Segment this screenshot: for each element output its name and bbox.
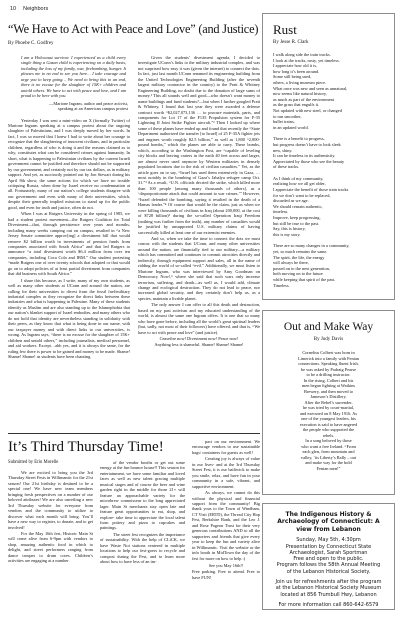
main-article-column-2: Given the students’ divestment agenda, I… — [138, 55, 260, 360]
event-announcement-box: The Indigenous History & Archaeology of … — [262, 503, 395, 610]
main-article: “We Have to Act with Peace and Love” (an… — [8, 22, 261, 360]
newspaper-page: 10 Neighbors “We Have to Act with Peace … — [0, 0, 400, 618]
third-thursday-columns: Submitted by Erin Morelle We are excited… — [8, 460, 185, 566]
third-thursday-main: It’s Third Thursday Time! Submitted by E… — [8, 439, 185, 618]
third-thursday-column-a: Submitted by Erin Morelle We are excited… — [8, 460, 93, 566]
third-thursday-byline: Submitted by Erin Morelle — [8, 460, 93, 465]
quote-attribution-line2: speaking at an American campus protest — [8, 106, 128, 111]
column-a-text: We are excited to bring you the 3rd Thur… — [8, 470, 93, 564]
article-paragraph: pact on our environment. We encourage ve… — [192, 439, 260, 455]
main-article-byline: By Phoebe C. Godfrey — [8, 41, 261, 46]
article-paragraph: And so, when we take the time to connect… — [138, 236, 260, 301]
article-paragraph: The only answer I can offer to all this … — [138, 302, 260, 335]
poem-stanza: I walk along side the train tracks. I lo… — [273, 52, 384, 130]
article-paragraph: The street fest recognizes the importanc… — [100, 532, 185, 565]
third-thursday-column-b: of the vendor booths or get out some ene… — [100, 460, 185, 566]
main-article-column-1: I am a Holocaust survivor. I experienced… — [8, 55, 130, 360]
third-thursday-title: It’s Third Thursday Time! — [8, 439, 185, 456]
free-line: Free parking. Free to attend. Free to ha… — [192, 569, 260, 580]
event-title: The Indigenous History & Archaeology of … — [269, 511, 388, 533]
closing-chant-line2: Anything less is shameful. Shame! Shame!… — [138, 342, 260, 347]
article-paragraph: As always, we cannot do this without the… — [192, 490, 260, 561]
article-paragraph: of the vendor booths or get out some ene… — [100, 460, 185, 531]
poem-stanza: There is a benefit to progress, but prog… — [273, 136, 384, 170]
column-b-text: of the vendor booths or get out some ene… — [100, 460, 185, 565]
page-header: 10 Neighbors — [10, 6, 48, 12]
quote-attribution: —Marione Ingram, author and peace activi… — [8, 101, 128, 112]
out-and-make-way-byline: By Judy Davis — [271, 337, 386, 342]
article-paragraph: For the May 16th fest, Historic Main St … — [8, 531, 93, 564]
third-thursday-column-c: pact on our environment. We encourage ve… — [192, 439, 260, 618]
column-2-text: Given the students’ divestment agenda, I… — [138, 55, 260, 335]
article-paragraph: Yesterday I was sent a mini-video on X (… — [8, 118, 130, 211]
publication-name: Neighbors — [23, 6, 48, 12]
pull-quote: I am a Holocaust survivor. I experienced… — [21, 55, 126, 99]
article-paragraph: Creating joy is always of value in our l… — [192, 456, 260, 489]
rust-poem-body: I walk along side the train tracks. I lo… — [273, 52, 384, 288]
article-paragraph: We are excited to bring you the 3rd Thur… — [8, 470, 93, 530]
third-thursday-article: It’s Third Thursday Time! Submitted by E… — [8, 433, 260, 618]
rust-poem-title: Rust — [273, 22, 384, 38]
poem-stanza: There are so many changes in a community… — [273, 243, 384, 288]
rust-poem-box: Rust By Jesse R. Clark I walk along side… — [262, 13, 395, 300]
article-paragraph: I share this because, as I write, many o… — [8, 278, 130, 360]
main-article-title: “We Have to Act with Peace and Love” (an… — [8, 22, 261, 37]
article-paragraph: Given the students’ divestment agenda, I… — [138, 55, 260, 235]
poem-stanza: Cornelius Colbert was born in Limerick i… — [271, 350, 386, 471]
column-1-text: Yesterday I was sent a mini-video on X (… — [8, 118, 130, 360]
see-you-line: See you May 16th!! — [192, 563, 260, 568]
page-number: 10 — [10, 6, 16, 12]
poem-stanza: As I think of my community, realizing ho… — [273, 176, 384, 238]
main-article-columns: I am a Holocaust survivor. I experienced… — [8, 55, 261, 360]
out-and-make-way-box: Out and Make Way By Judy Davis Cornelius… — [262, 310, 395, 495]
out-and-make-way-title: Out and Make Way — [271, 321, 386, 333]
event-contact: For more information call 860-642-6579 — [269, 602, 388, 608]
column-c-text: pact on our environment. We encourage ve… — [192, 439, 260, 561]
event-refreshments: Join us for refreshments after the progr… — [269, 579, 388, 598]
event-details: Sunday, May 5th, 4:30pm Presentation by … — [269, 537, 388, 575]
out-and-make-way-body: Cornelius Colbert was born in Limerick i… — [271, 350, 386, 471]
quote-paragraph: I am a Holocaust survivor. I experienced… — [21, 55, 126, 99]
right-rail: Rust By Jesse R. Clark I walk along side… — [262, 13, 395, 610]
rust-poem-byline: By Jesse R. Clark — [273, 40, 384, 45]
article-paragraph: When I was at Rutgers University in the … — [8, 211, 130, 276]
